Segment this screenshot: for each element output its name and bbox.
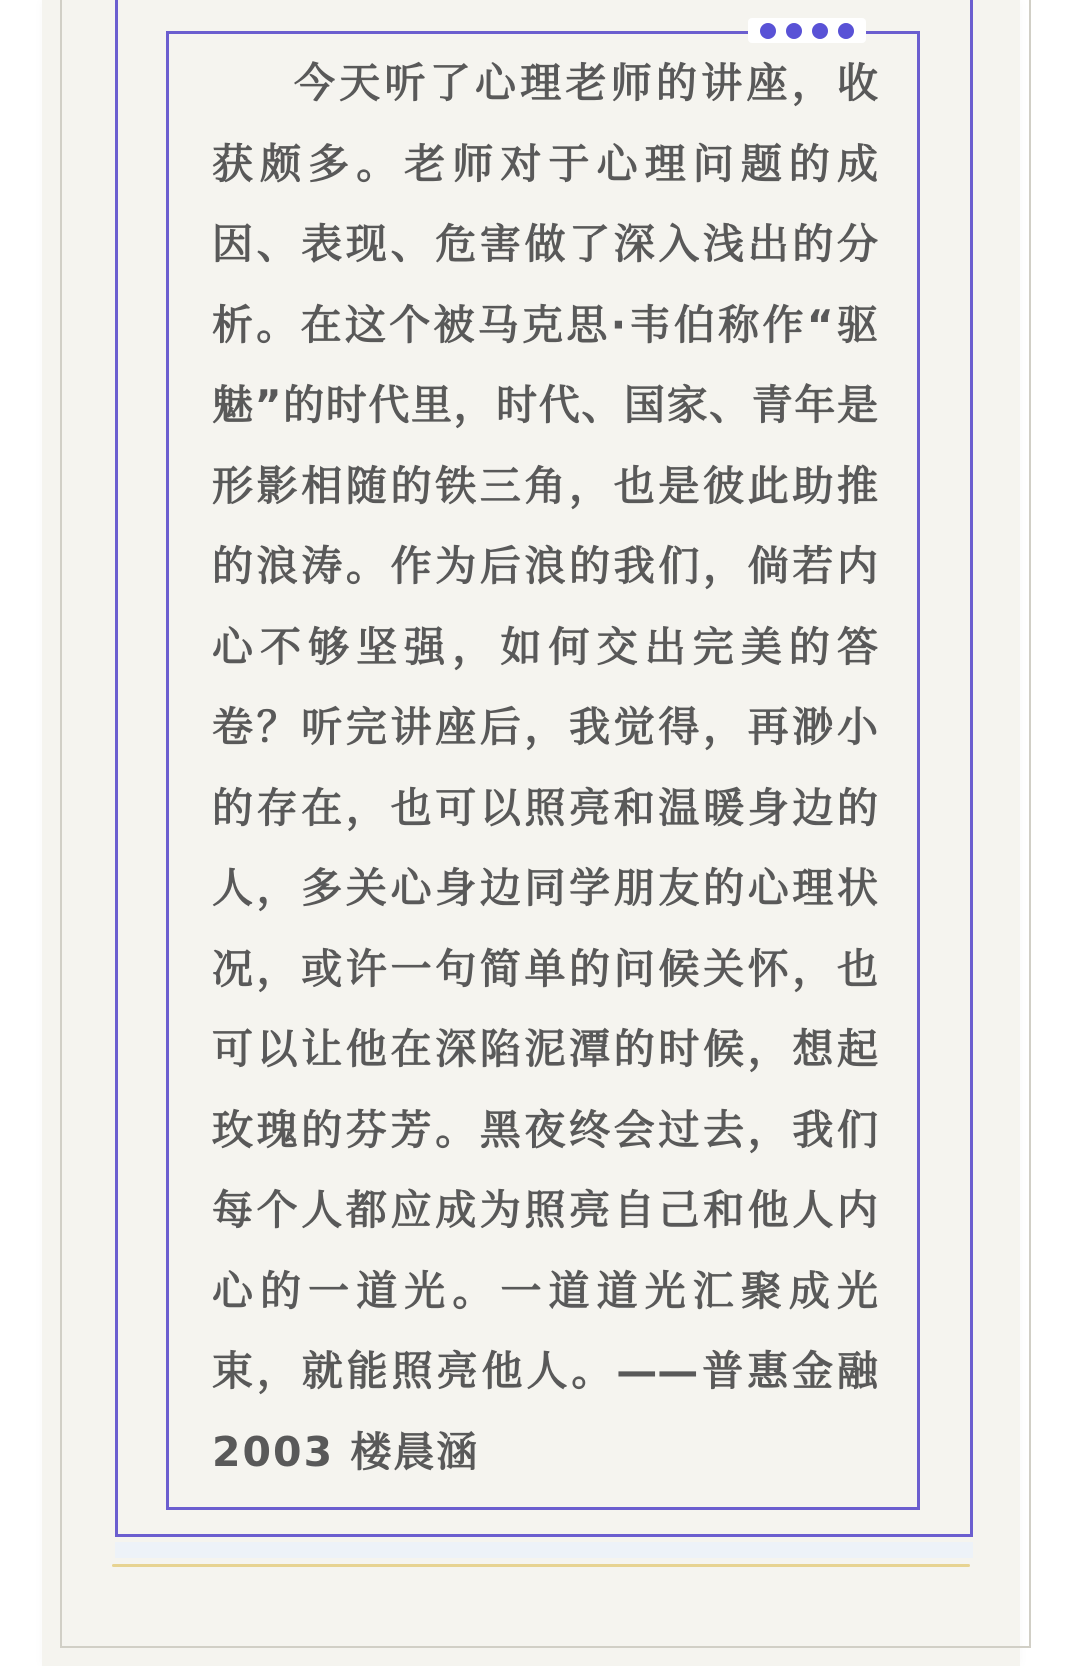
text-line: 魅”的时代里，时代、国家、青年是 — [212, 365, 878, 446]
text-line: 可以让他在深陷泥潭的时候，想起 — [212, 1009, 878, 1090]
text-line: 析。在这个被马克思·韦伯称作“驱 — [212, 285, 878, 366]
yellow-divider-line — [112, 1564, 970, 1567]
text-line: 人，多关心身边同学朋友的心理状 — [212, 848, 878, 929]
text-line: 每个人都应成为照亮自己和他人内 — [212, 1170, 878, 1251]
text-line: 的存在，也可以照亮和温暖身边的 — [212, 768, 878, 849]
text-line: 心的一道光。一道道光汇聚成光 — [212, 1251, 878, 1332]
text-line: 束，就能照亮他人。——普惠金融 — [212, 1331, 878, 1412]
accent-dots-band — [748, 18, 866, 43]
dot-icon — [786, 23, 802, 39]
dot-icon — [812, 23, 828, 39]
pale-blue-strip — [115, 1542, 973, 1558]
text-line: 形影相随的铁三角，也是彼此助推 — [212, 446, 878, 527]
text-line: 况，或许一句简单的问候关怀，也 — [212, 929, 878, 1010]
dot-icon — [760, 23, 776, 39]
text-line: 获颇多。老师对于心理问题的成 — [212, 124, 878, 205]
text-line: 今天听了心理老师的讲座，收 — [212, 43, 878, 124]
article-page: 今天听了心理老师的讲座，收 获颇多。老师对于心理问题的成 因、表现、危害做了深入… — [0, 0, 1076, 1666]
text-line: 心不够坚强，如何交出完美的答 — [212, 607, 878, 688]
dot-icon — [838, 23, 854, 39]
text-line: 玫瑰的芬芳。黑夜终会过去，我们 — [212, 1090, 878, 1171]
text-line: 卷？听完讲座后，我觉得，再渺小 — [212, 687, 878, 768]
text-line: 的浪涛。作为后浪的我们，倘若内 — [212, 526, 878, 607]
text-line: 因、表现、危害做了深入浅出的分 — [212, 204, 878, 285]
article-text: 今天听了心理老师的讲座，收 获颇多。老师对于心理问题的成 因、表现、危害做了深入… — [212, 43, 878, 1492]
text-line: 2003 楼晨涵 — [212, 1412, 878, 1493]
